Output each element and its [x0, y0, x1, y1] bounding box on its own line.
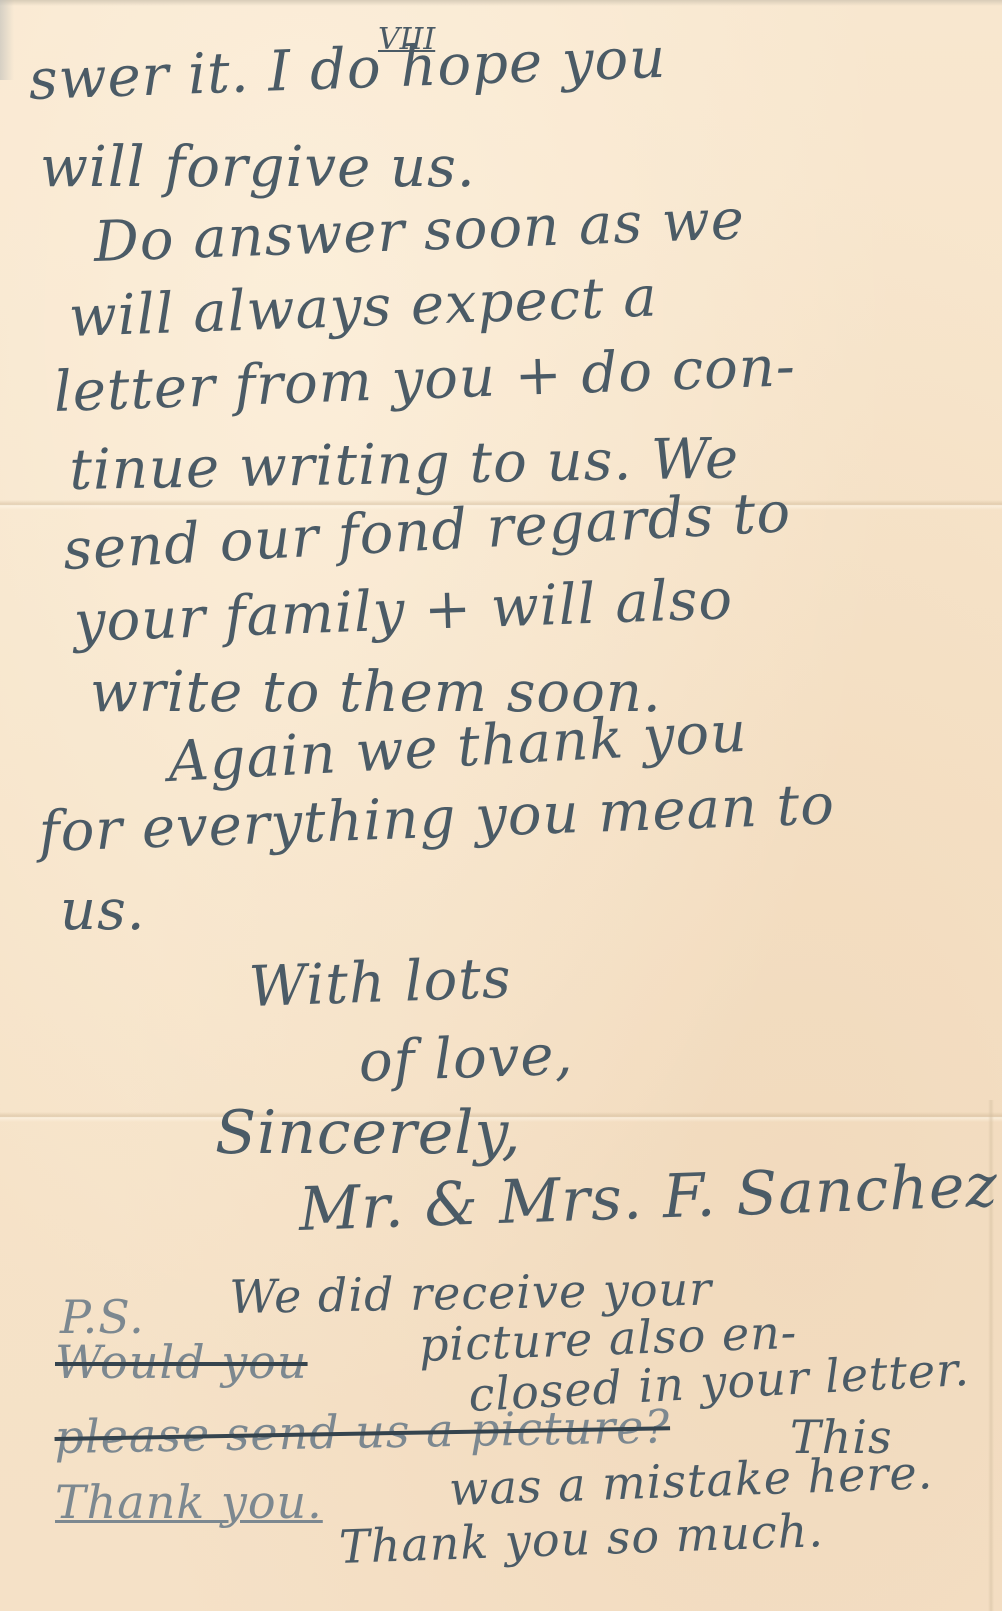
letter-line-2: will forgive us.: [40, 135, 476, 200]
letter-line-1: swer it. I do hope you: [28, 26, 668, 113]
postscript-line-6: Thank you so much.: [338, 1503, 825, 1574]
postscript-struck-2: please send us a picture?: [54, 1399, 670, 1464]
letter-line-4: will always expect a: [68, 264, 659, 350]
letter-page: VIII swer it. I do hope you will forgive…: [0, 0, 1002, 1611]
letter-line-11: for everything you mean to: [38, 772, 836, 865]
postscript-struck-1: Would you: [55, 1335, 308, 1389]
closing-line-1: With lots: [248, 946, 513, 1020]
letter-line-5: letter from you + do con-: [53, 334, 797, 425]
paper-corner-shadow: [0, 0, 14, 80]
paper-top-edge: [0, 0, 1002, 6]
letter-line-12: us.: [60, 878, 146, 943]
letter-line-3: Do answer soon as we: [93, 187, 746, 275]
closing-line-2: of love,: [358, 1023, 575, 1095]
closing-sincerely: Sincerely,: [215, 1098, 521, 1168]
letter-line-8: your family + will also: [73, 567, 734, 655]
postscript-struck-3: Thank you.: [55, 1475, 323, 1529]
